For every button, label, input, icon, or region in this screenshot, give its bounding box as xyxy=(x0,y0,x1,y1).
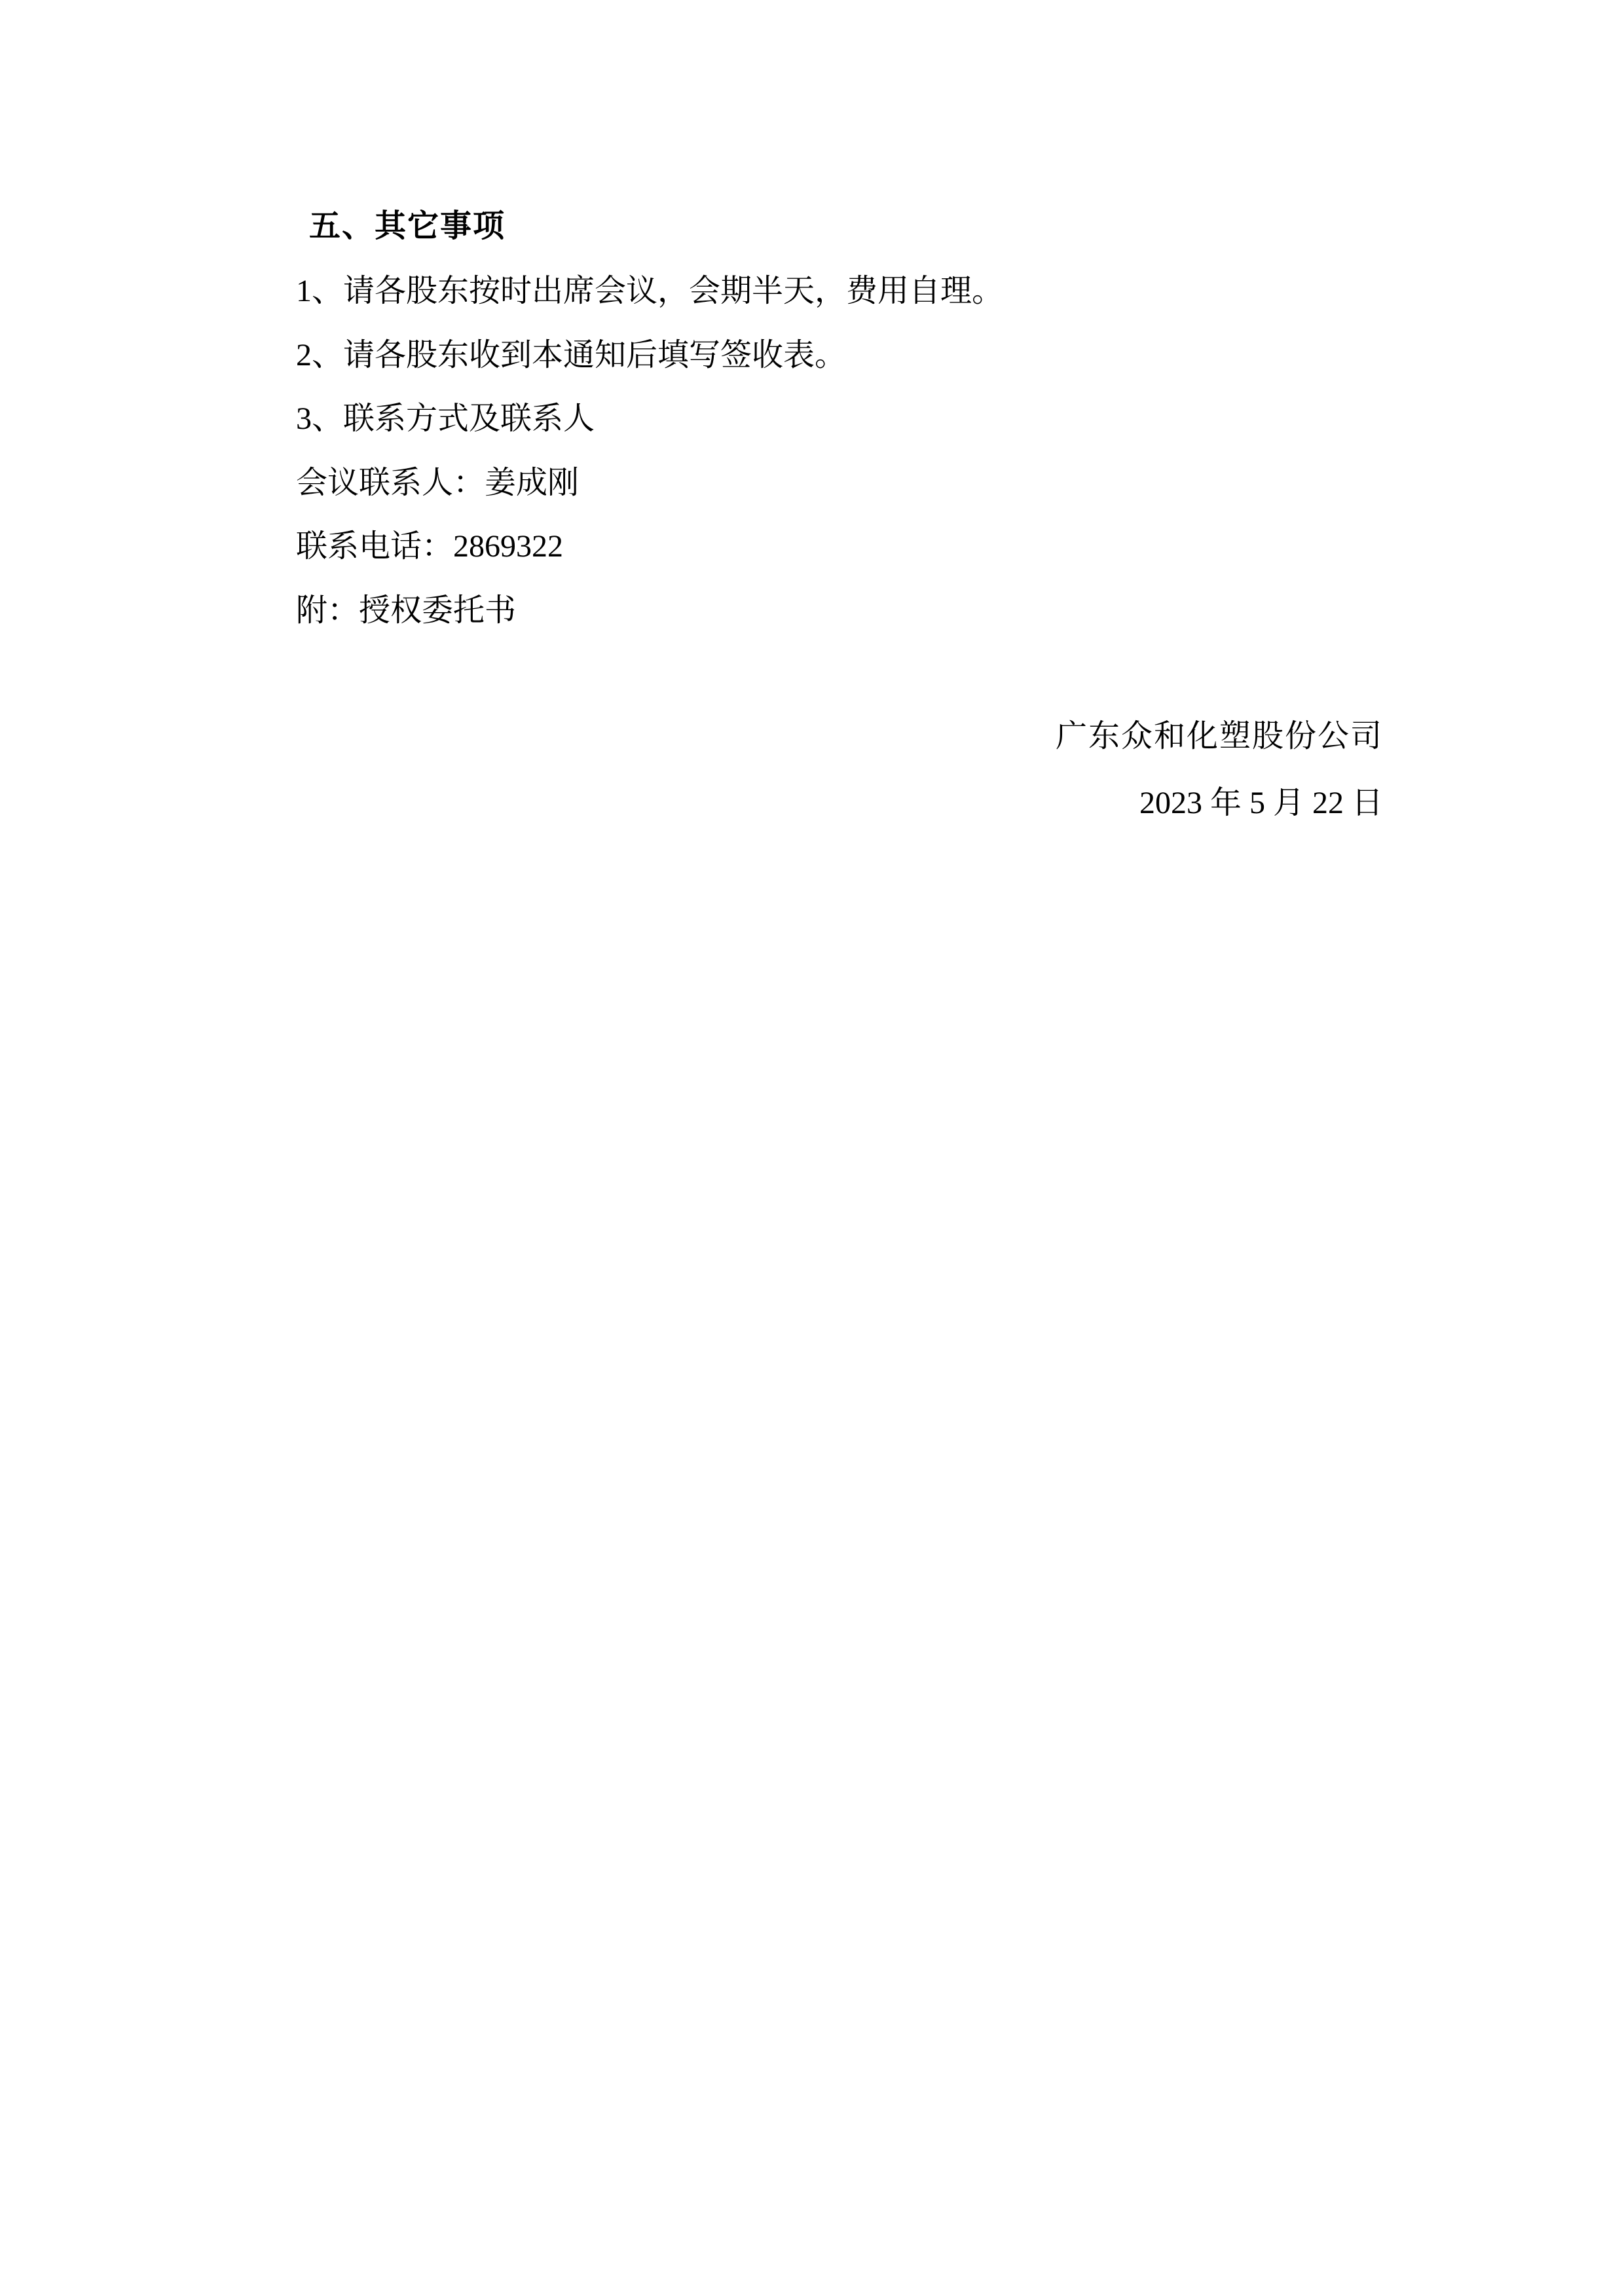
notice-item-attendance: 1、请各股东按时出席会议，会期半天，费用自理。 xyxy=(296,276,1003,307)
company-signature: 广东众和化塑股份公司 xyxy=(1056,721,1383,752)
notice-item-receipt-form: 2、请各股东收到本通知后填写签收表。 xyxy=(296,340,846,371)
attachment-note-line: 附：授权委托书 xyxy=(296,595,516,627)
meeting-contact-person-line: 会议联系人：姜成刚 xyxy=(296,467,579,499)
contact-phone-line: 联系电话：2869322 xyxy=(296,531,563,562)
section-heading-other-matters: 五、其它事项 xyxy=(309,211,506,242)
notice-item-contact-info: 3、联系方式及联系人 xyxy=(296,403,595,435)
document-page: 五、其它事项 1、请各股东按时出席会议，会期半天，费用自理。 2、请各股东收到本… xyxy=(0,0,1624,2296)
signature-date: 2023 年 5 月 22 日 xyxy=(1139,788,1383,819)
